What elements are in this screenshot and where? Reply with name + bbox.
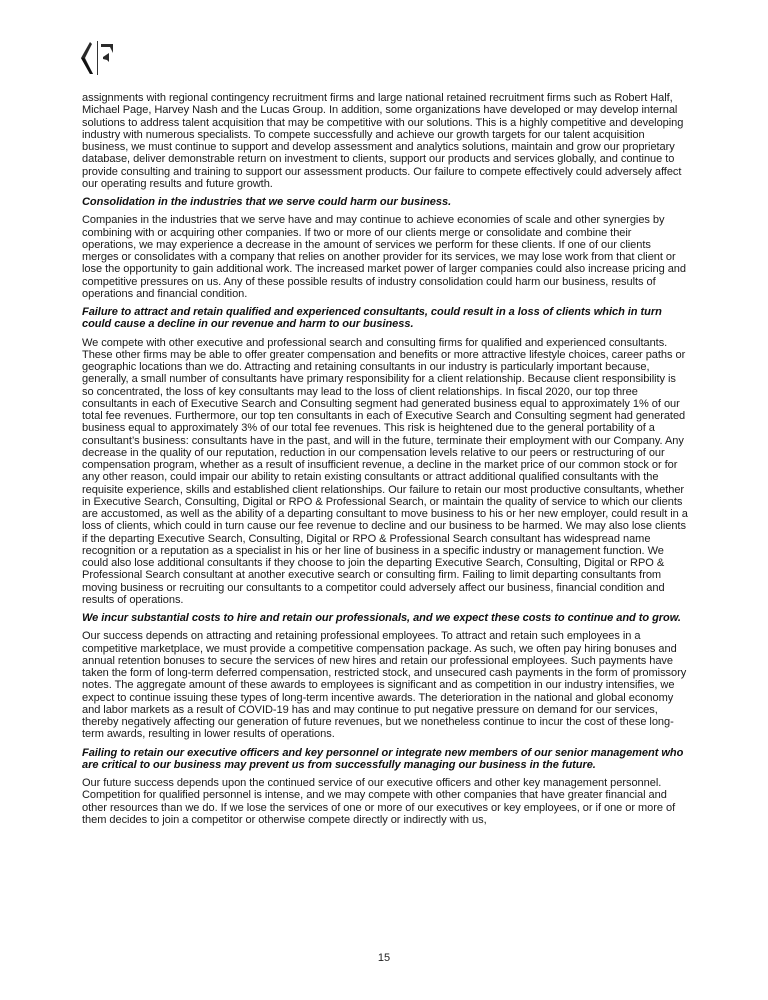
paragraph-retain-consultants: We compete with other executive and prof… xyxy=(82,337,688,607)
paragraph-consolidation: Companies in the industries that we serv… xyxy=(82,214,688,300)
heading-hiring-costs: We incur substantial costs to hire and r… xyxy=(82,612,688,624)
paragraph-executive-retention: Our future success depends upon the cont… xyxy=(82,777,688,826)
paragraph-hiring-costs: Our success depends on attracting and re… xyxy=(82,630,688,740)
heading-retain-consultants: Failure to attract and retain qualified … xyxy=(82,306,688,331)
paragraph-competition-continued: assignments with regional contingency re… xyxy=(82,92,688,190)
page-number: 15 xyxy=(0,952,768,964)
document-page: assignments with regional contingency re… xyxy=(0,0,768,1000)
heading-executive-retention: Failing to retain our executive officers… xyxy=(82,747,688,772)
heading-consolidation: Consolidation in the industries that we … xyxy=(82,196,688,208)
kf-logo-icon xyxy=(80,36,120,78)
document-body: assignments with regional contingency re… xyxy=(82,92,688,832)
